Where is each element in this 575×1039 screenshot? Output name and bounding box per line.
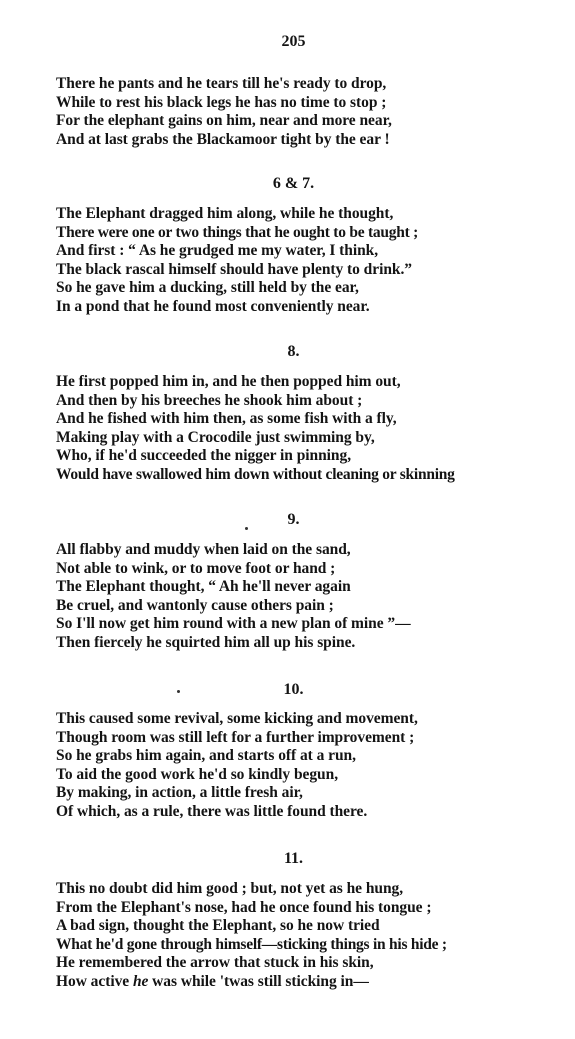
verse-line: Who, if he'd succeeded the nigger in pin… [56, 447, 571, 466]
verse-line: Be cruel, and wantonly cause others pain… [56, 597, 571, 616]
stanza-number-6-7: 6 & 7. [0, 175, 575, 193]
verse-line: Of which, as a rule, there was little fo… [56, 803, 571, 822]
stanza-number-9: 9. [0, 511, 575, 529]
verse-text: was while 'twas still sticking in— [148, 973, 368, 990]
verse-line: All flabby and muddy when laid on the sa… [56, 541, 571, 560]
verse-line: The Elephant thought, “ Ah he'll never a… [56, 578, 571, 597]
stanza-6-7: The Elephant dragged him along, while he… [56, 205, 571, 317]
verse-line: Making play with a Crocodile just swimmi… [56, 429, 571, 448]
verse-line: What he'd gone through himself—sticking … [56, 936, 571, 955]
verse-line: He first popped him in, and he then popp… [56, 373, 571, 392]
verse-line: He remembered the arrow that stuck in hi… [56, 954, 571, 973]
verse-line: This caused some revival, some kicking a… [56, 710, 571, 729]
stanza-number-10: 10. [0, 681, 575, 699]
stanza-number-11: 11. [0, 850, 575, 868]
italic-emphasis: he [133, 973, 148, 990]
verse-line: And at last grabs the Blackamoor tight b… [56, 131, 571, 150]
verse-line: And he fished with him then, as some fis… [56, 410, 571, 429]
verse-line: So he grabs him again, and starts off at… [56, 747, 571, 766]
verse-line: A bad sign, thought the Elephant, so he … [56, 917, 571, 936]
verse-line: Would have swallowed him down without cl… [56, 466, 571, 485]
verse-line: To aid the good work he'd so kindly begu… [56, 766, 571, 785]
verse-line: So he gave him a ducking, still held by … [56, 279, 571, 298]
stanza-9: All flabby and muddy when laid on the sa… [56, 541, 571, 653]
verse-line: Though room was still left for a further… [56, 729, 571, 748]
verse-line: Not able to wink, or to move foot or han… [56, 560, 571, 579]
verse-line: From the Elephant's nose, had he once fo… [56, 899, 571, 918]
stanza-10: This caused some revival, some kicking a… [56, 710, 571, 822]
verse-line: And first : “ As he grudged me my water,… [56, 242, 571, 261]
stanza-number-8: 8. [0, 343, 575, 361]
verse-line: There he pants and he tears till he's re… [56, 75, 571, 94]
verse-line: For the elephant gains on him, near and … [56, 112, 571, 131]
stanza-continued: There he pants and he tears till he's re… [56, 75, 571, 149]
page-number: 205 [0, 33, 575, 51]
verse-line: This no doubt did him good ; but, not ye… [56, 880, 571, 899]
verse-line: In a pond that he found most convenientl… [56, 298, 571, 317]
verse-line: Then fiercely he squirted him all up his… [56, 634, 571, 653]
verse-line: The black rascal himself should have ple… [56, 261, 571, 280]
verse-line: So I'll now get him round with a new pla… [56, 615, 571, 634]
verse-line: By making, in action, a little fresh air… [56, 784, 571, 803]
stanza-11: This no doubt did him good ; but, not ye… [56, 880, 571, 992]
verse-line: And then by his breeches he shook him ab… [56, 392, 571, 411]
stanza-8: He first popped him in, and he then popp… [56, 373, 571, 485]
verse-line: The Elephant dragged him along, while he… [56, 205, 571, 224]
verse-line: There were one or two things that he oug… [56, 224, 571, 243]
verse-line-last: How active he was while 'twas still stic… [56, 973, 571, 992]
verse-line: While to rest his black legs he has no t… [56, 94, 571, 113]
verse-text: How active [56, 973, 133, 990]
